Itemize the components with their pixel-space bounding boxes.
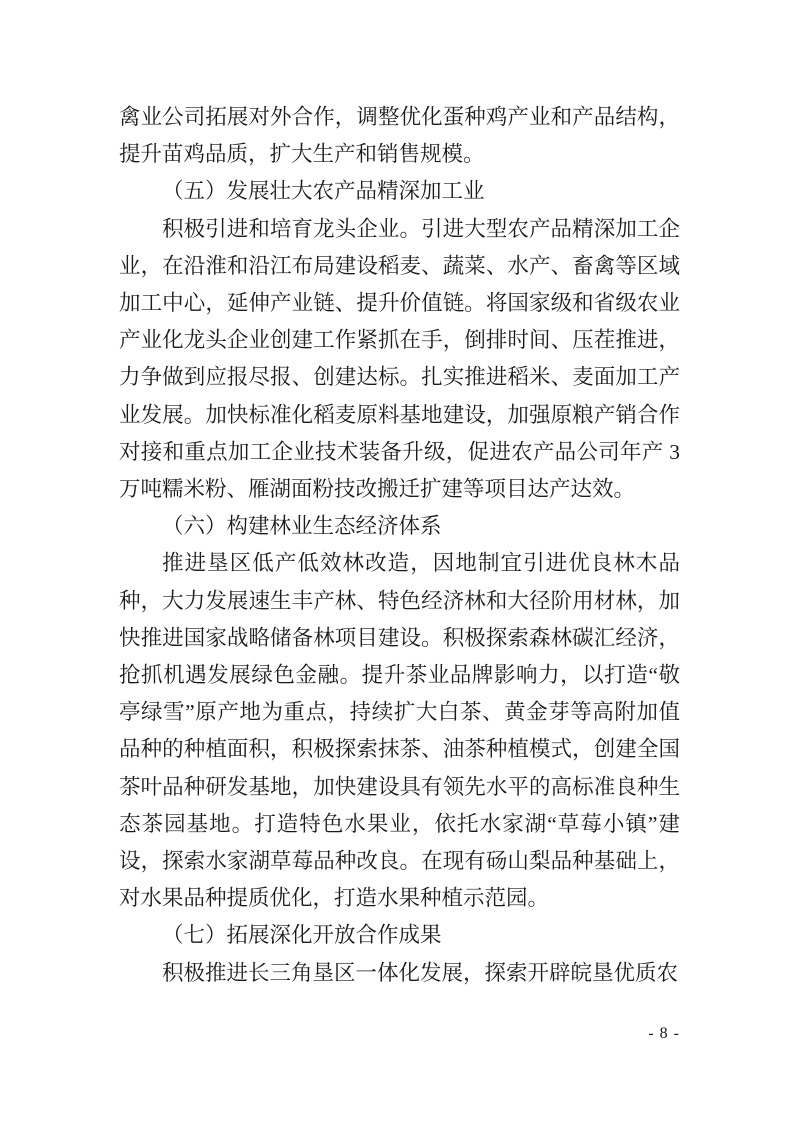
body-paragraph-7: 积极推进长三角垦区一体化发展，探索开辟皖垦优质农 [119, 955, 680, 992]
body-paragraph-6: 推进垦区低产低效林改造，因地制宜引进优良林木品种，大力发展速生丰产林、特色经济林… [119, 545, 680, 917]
section-heading-6: （六）构建林业生态经济体系 [119, 508, 680, 545]
section-heading-7: （七）拓展深化开放合作成果 [119, 917, 680, 954]
document-page: 禽业公司拓展对外合作，调整优化蛋种鸡产业和产品结构，提升苗鸡品质，扩大生产和销售… [0, 0, 794, 1123]
body-paragraph-5: 积极引进和培育龙头企业。引进大型农产品精深加工企业，在沿淮和沿江布局建设稻麦、蔬… [119, 211, 680, 509]
continuation-paragraph: 禽业公司拓展对外合作，调整优化蛋种鸡产业和产品结构，提升苗鸡品质，扩大生产和销售… [119, 99, 680, 173]
text-block: 禽业公司拓展对外合作，调整优化蛋种鸡产业和产品结构，提升苗鸡品质，扩大生产和销售… [119, 99, 680, 992]
page-number: - 8 - [648, 1024, 680, 1044]
section-heading-5: （五）发展壮大农产品精深加工业 [119, 173, 680, 210]
